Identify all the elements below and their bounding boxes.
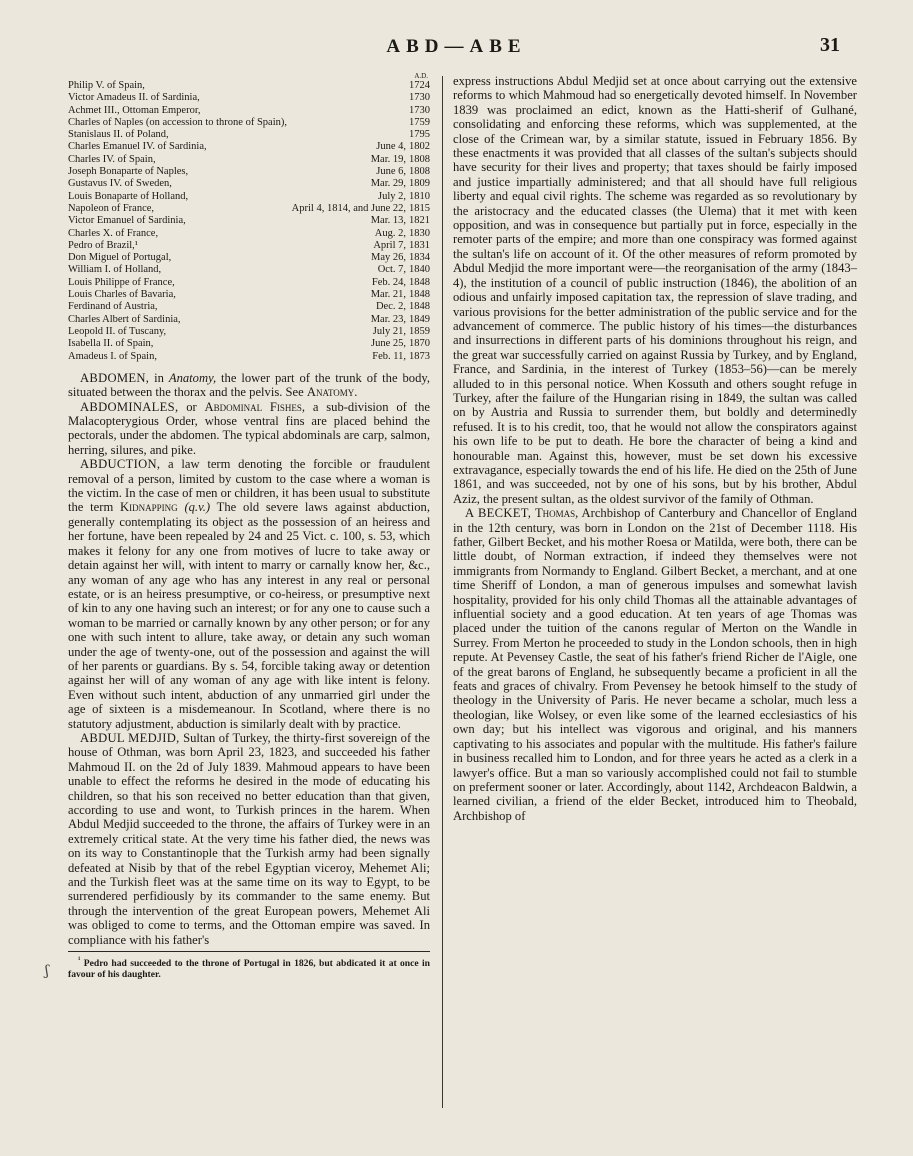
entry-abdominales: ABDOMINALES, or Abdominal Fishes, a sub-… <box>68 400 430 458</box>
monarch-name: Charles of Naples (on accession to thron… <box>68 117 292 129</box>
entry-abdul-medjid-continued: express instructions Abdul Medjid set at… <box>453 74 857 506</box>
running-title: ABD—ABE <box>0 36 913 58</box>
monarch-name: Amadeus I. of Spain, <box>68 351 292 363</box>
abdication-date <box>292 105 409 117</box>
abdication-year: 1821 <box>409 215 430 227</box>
abdication-year: 1808 <box>409 154 430 166</box>
monarch-name: Louis Philippe of France, <box>68 277 292 289</box>
entry-a-becket: A BECKET, Thomas, Archbishop of Canterbu… <box>453 506 857 823</box>
abdication-date: Mar. 21, <box>292 289 409 301</box>
abdication-year: 1870 <box>409 338 430 350</box>
abdication-year: 1840 <box>409 264 430 276</box>
column-divider <box>442 76 443 1108</box>
abdication-date: April 7, <box>292 240 409 252</box>
book-page: ABD—ABE 31 A.D. Philip V. of Spain,1724V… <box>0 0 913 1156</box>
abdication-year: 1831 <box>409 240 430 252</box>
abdication-year: 1859 <box>409 326 430 338</box>
abdication-date: Aug. 2, <box>292 228 409 240</box>
monarch-name: Leopold II. of Tuscany, <box>68 326 292 338</box>
abdication-date: Dec. 2, <box>292 301 409 313</box>
abdication-year: 1810 <box>409 191 430 203</box>
headword: ABDUL MEDJID, <box>80 731 180 745</box>
cross-reference: Anatomy. <box>307 385 358 399</box>
table-row: Isabella II. of Spain,June 25,1870 <box>68 338 430 350</box>
table-row: Leopold II. of Tuscany,July 21,1859 <box>68 326 430 338</box>
abdication-date: June 6, <box>292 166 409 178</box>
table-row: Victor Emanuel of Sardinia,Mar. 13,1821 <box>68 215 430 227</box>
table-row: Stanislaus II. of Poland,1795 <box>68 129 430 141</box>
table-row: Louis Bonaparte of Holland,July 2,1810 <box>68 191 430 203</box>
monarch-name: Ferdinand of Austria, <box>68 301 292 313</box>
headword: A BECKET, <box>465 506 531 520</box>
table-row: Charles Albert of Sardinia,Mar. 23,1849 <box>68 314 430 326</box>
abdication-year: 1848 <box>409 277 430 289</box>
monarch-name: Stanislaus II. of Poland, <box>68 129 292 141</box>
monarch-name: Charles X. of France, <box>68 228 292 240</box>
headword: ABDOMEN, <box>80 371 149 385</box>
monarch-name: Victor Emanuel of Sardinia, <box>68 215 292 227</box>
abdication-year: 1730 <box>409 105 430 117</box>
table-row: Louis Philippe of France,Feb. 24,1848 <box>68 277 430 289</box>
cross-reference: Kidnapping <box>120 500 178 514</box>
table-row: Louis Charles of Bavaria,Mar. 21,1848 <box>68 289 430 301</box>
headword: ABDOMINALES, <box>80 400 178 414</box>
table-row: Charles Emanuel IV. of Sardinia,June 4,1… <box>68 141 430 153</box>
abdication-date <box>292 117 409 129</box>
monarch-name: Philip V. of Spain, <box>68 80 292 92</box>
abdication-year: 1873 <box>409 351 430 363</box>
abdication-date: Mar. 19, <box>292 154 409 166</box>
monarch-name: Charles IV. of Spain, <box>68 154 292 166</box>
abdication-year: 1815 <box>409 203 430 215</box>
abdication-date <box>292 92 409 104</box>
table-row: Gustavus IV. of Sweden,Mar. 29,1809 <box>68 178 430 190</box>
abdication-date: Mar. 13, <box>292 215 409 227</box>
footnote: ¹ Pedro had succeeded to the throne of P… <box>68 954 430 980</box>
table-row: Napoleon of France,April 4, 1814, and Ju… <box>68 203 430 215</box>
entry-abdomen: ABDOMEN, in Anatomy, the lower part of t… <box>68 371 430 400</box>
table-row: Charles X. of France,Aug. 2,1830 <box>68 228 430 240</box>
monarch-name: Gustavus IV. of Sweden, <box>68 178 292 190</box>
monarch-name: Joseph Bonaparte of Naples, <box>68 166 292 178</box>
monarch-name: Victor Amadeus II. of Sardinia, <box>68 92 292 104</box>
entry-abduction: ABDUCTION, a law term denoting the forci… <box>68 457 430 731</box>
abdication-date: Mar. 23, <box>292 314 409 326</box>
table-row: Victor Amadeus II. of Sardinia,1730 <box>68 92 430 104</box>
abdication-date: Feb. 24, <box>292 277 409 289</box>
monarch-name: Achmet III., Ottoman Emperor, <box>68 105 292 117</box>
page-number: 31 <box>820 34 840 57</box>
abdication-date: Mar. 29, <box>292 178 409 190</box>
abdication-year: 1809 <box>409 178 430 190</box>
era-label: A.D. <box>68 72 430 80</box>
table-row: Philip V. of Spain,1724 <box>68 80 430 92</box>
abdication-year: 1849 <box>409 314 430 326</box>
table-row: Charles of Naples (on accession to thron… <box>68 117 430 129</box>
headword: ABDUCTION, <box>80 457 160 471</box>
table-row: Joseph Bonaparte of Naples,June 6,1808 <box>68 166 430 178</box>
abdication-date: June 25, <box>292 338 409 350</box>
abdication-year: 1795 <box>409 129 430 141</box>
abdication-date <box>292 129 409 141</box>
abdication-year: 1730 <box>409 92 430 104</box>
abdication-date: Feb. 11, <box>292 351 409 363</box>
abdication-date <box>292 80 409 92</box>
abdication-date: July 21, <box>292 326 409 338</box>
table-row: Pedro of Brazil,¹April 7,1831 <box>68 240 430 252</box>
abdication-year: 1724 <box>409 80 430 92</box>
table-row: Don Miguel of Portugal,May 26,1834 <box>68 252 430 264</box>
table-row: Ferdinand of Austria,Dec. 2,1848 <box>68 301 430 313</box>
abdication-date: Oct. 7, <box>292 264 409 276</box>
abdication-date: April 4, 1814, and June 22, <box>292 203 409 215</box>
abdication-year: 1802 <box>409 141 430 153</box>
monarch-name: Louis Charles of Bavaria, <box>68 289 292 301</box>
abdication-table: Philip V. of Spain,1724Victor Amadeus II… <box>68 80 430 363</box>
abdication-year: 1808 <box>409 166 430 178</box>
abdication-year: 1848 <box>409 289 430 301</box>
monarch-name: Louis Bonaparte of Holland, <box>68 191 292 203</box>
abdication-date: July 2, <box>292 191 409 203</box>
abdication-date: June 4, <box>292 141 409 153</box>
abdication-year: 1759 <box>409 117 430 129</box>
right-column: express instructions Abdul Medjid set at… <box>453 74 857 823</box>
table-row: William I. of Holland,Oct. 7,1840 <box>68 264 430 276</box>
table-row: Amadeus I. of Spain,Feb. 11,1873 <box>68 351 430 363</box>
margin-mark: ʃ <box>45 963 49 979</box>
table-row: Charles IV. of Spain,Mar. 19,1808 <box>68 154 430 166</box>
table-row: Achmet III., Ottoman Emperor,1730 <box>68 105 430 117</box>
monarch-name: William I. of Holland, <box>68 264 292 276</box>
footnote-rule <box>68 951 430 952</box>
abdication-date: May 26, <box>292 252 409 264</box>
monarch-name: Isabella II. of Spain, <box>68 338 292 350</box>
left-column: A.D. Philip V. of Spain,1724Victor Amade… <box>68 72 430 980</box>
entry-abdul-medjid: ABDUL MEDJID, Sultan of Turkey, the thir… <box>68 731 430 947</box>
abdication-year: 1848 <box>409 301 430 313</box>
abdication-year: 1834 <box>409 252 430 264</box>
monarch-name: Napoleon of France, <box>68 203 292 215</box>
monarch-name: Don Miguel of Portugal, <box>68 252 292 264</box>
monarch-name: Charles Albert of Sardinia, <box>68 314 292 326</box>
monarch-name: Pedro of Brazil,¹ <box>68 240 292 252</box>
monarch-name: Charles Emanuel IV. of Sardinia, <box>68 141 292 153</box>
abdication-year: 1830 <box>409 228 430 240</box>
